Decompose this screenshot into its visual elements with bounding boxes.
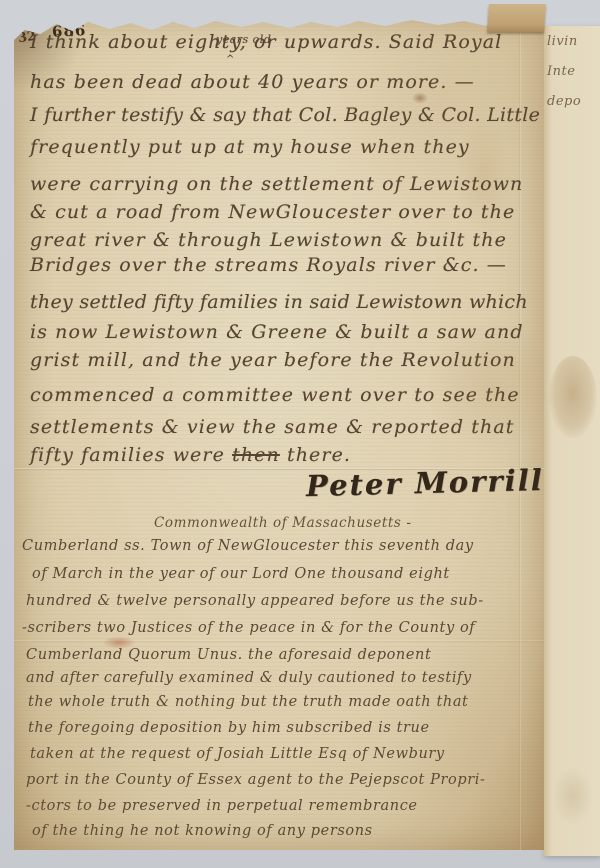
manuscript-scan: livin Inte depo 686 32 I think about eig… (0, 0, 600, 868)
jurat-line: of March in the year of our Lord One tho… (32, 565, 450, 583)
jurat-line: Cumberland Quorum Unus. the aforesaid de… (26, 646, 431, 664)
adjacent-page-fragment: Inte (547, 64, 575, 79)
jurat-line: the foregoing deposition by him subscrib… (28, 719, 430, 737)
deposition-line: commenced a committee went over to see t… (30, 383, 520, 407)
strike-line-prefix: fifty families were (30, 444, 232, 466)
jurat-line: the whole truth & nothing but the truth … (28, 693, 469, 711)
interline-insertion: years old (216, 28, 271, 52)
jurat-line: hundred & twelve personally appeared bef… (26, 592, 484, 610)
deposition-line: they settled fifty families in said Lewi… (30, 290, 528, 314)
jurat-line: and after carefully examined & duly caut… (26, 669, 472, 687)
jurat-line: taken at the request of Josiah Little Es… (30, 745, 445, 763)
deposition-line: were carrying on the settlement of Lewis… (30, 172, 523, 196)
struck-word: then (232, 444, 280, 466)
jurat-line: of the thing he not knowing of any perso… (32, 822, 373, 840)
strike-line-suffix: there. (280, 444, 351, 466)
adjacent-page-fragment: livin (547, 34, 578, 49)
deposition-line: settlements & view the same & reported t… (30, 415, 515, 439)
deposition-line: is now Lewistown & Greene & built a saw … (30, 320, 524, 344)
deposition-line: & cut a road from NewGloucester over to … (30, 200, 515, 224)
jurat-line: -scribers two Justices of the peace in &… (22, 619, 475, 637)
deponent-signature: Peter Morrill (306, 463, 545, 503)
deposition-line: Bridges over the streams Royals river &c… (30, 253, 507, 277)
deposition-line: frequently put up at my house when they (30, 135, 470, 159)
caret-mark: ^ (226, 48, 235, 72)
adjacent-page-fragment: depo (547, 94, 581, 109)
deposition-line: great river & through Lewistown & built … (30, 228, 507, 252)
jurat-line: -ctors to be preserved in perpetual reme… (26, 797, 418, 815)
jurat-line: Cumberland ss. Town of NewGloucester thi… (22, 537, 474, 555)
adjacent-page-sheet: livin Inte depo (543, 26, 600, 856)
jurat-line: port in the County of Essex agent to the… (26, 771, 486, 789)
deposition-line: grist mill, and the year before the Revo… (30, 348, 516, 372)
deposition-line: has been dead about 40 years or more. — (30, 70, 475, 94)
manuscript-page: 686 32 I think about eighty, or upwards.… (14, 18, 544, 850)
deposition-line: fifty families were then there. (30, 443, 351, 467)
deposition-line: I think about eighty, or upwards. Said R… (30, 30, 502, 54)
fold-crease (519, 18, 521, 850)
fold-tab (487, 4, 546, 32)
jurat-heading: Commonwealth of Massachusetts - (154, 514, 412, 532)
ink-stain (549, 356, 597, 438)
deposition-line: I further testify & say that Col. Bagley… (30, 103, 540, 127)
ink-stain (553, 766, 593, 826)
fold-crease (14, 640, 544, 642)
